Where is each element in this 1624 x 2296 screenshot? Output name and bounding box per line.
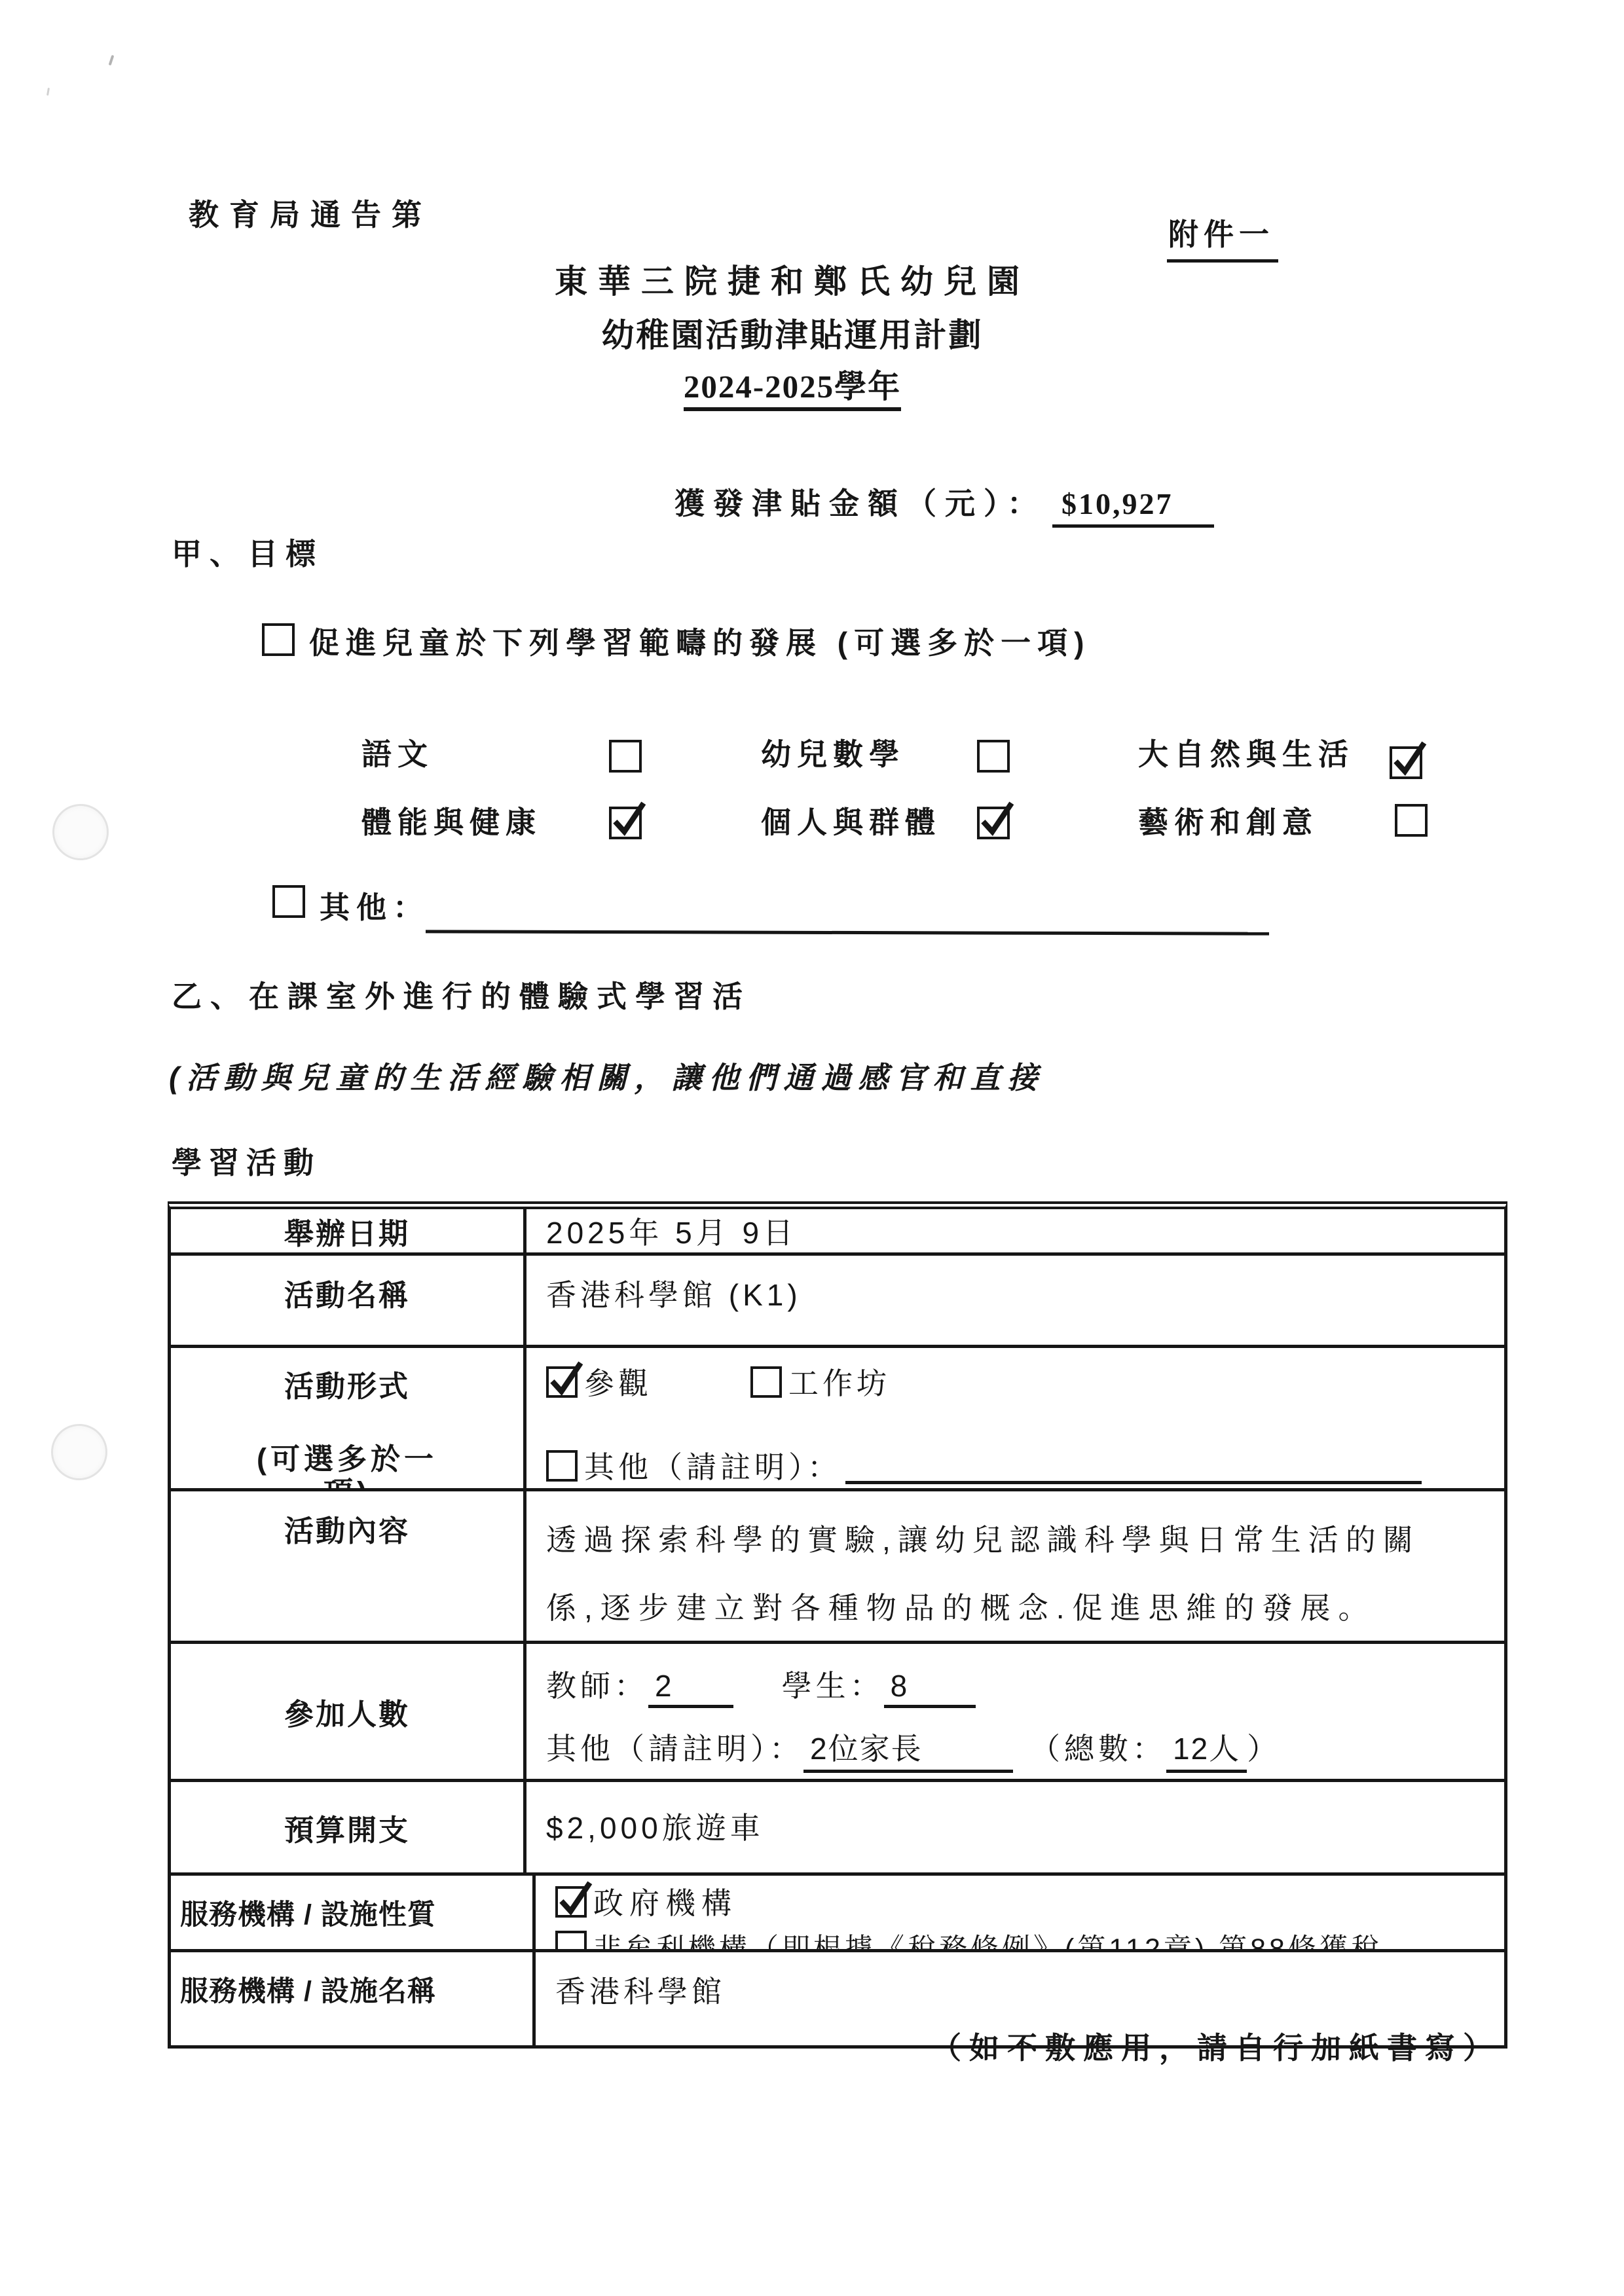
- school-year-suffix: 學年: [834, 369, 901, 405]
- total-prefix: （總數：: [1030, 1732, 1166, 1766]
- other-domain-label: 其他：: [320, 884, 430, 927]
- student-label: 學生：: [782, 1669, 884, 1703]
- format-label: 活動形式: [284, 1362, 410, 1405]
- date-value: 2025年 5月 9日: [546, 1209, 797, 1252]
- teacher-label: 教師：: [546, 1669, 648, 1703]
- table-row-org-type: 服務機構 / 設施性質 政府機構 非牟利機構（即根據《稅務條例》(第112章) …: [171, 1876, 1504, 1952]
- grant-amount-value: $10,927: [1052, 487, 1214, 528]
- budget-label: 預算開支: [284, 1806, 410, 1849]
- domain-label-personal: 個人與群體: [761, 799, 941, 842]
- circular-number-label: 教育局通告第: [189, 191, 432, 234]
- domain-label-arts: 藝術和創意: [1138, 799, 1318, 842]
- school-name-title: 東華三院捷和鄭氏幼兒園: [0, 255, 1585, 302]
- activity-table: 舉辦日期 2025年 5月 9日 活動名稱 香港科學館 (K1) 活動形式 (可…: [168, 1201, 1507, 2049]
- domain-checkbox-physical: [609, 807, 642, 839]
- scan-artifact: [109, 55, 115, 65]
- format-other-checkbox: [546, 1450, 578, 1482]
- table-row-date: 舉辦日期 2025年 5月 9日: [171, 1209, 1504, 1256]
- activity-name-label: 活動名稱: [284, 1271, 410, 1314]
- org-name-value: 香港科學館: [555, 1975, 726, 2009]
- org-type-label: 服務機構 / 設施性質: [180, 1893, 436, 1933]
- table-row-format: 活動形式 (可選多於一 項) 參觀工作坊 其他（請註明）：: [171, 1348, 1504, 1491]
- gov-checkbox: [555, 1886, 587, 1918]
- domain-label-language: 語文: [361, 731, 434, 774]
- section-b-note: (活動與兒童的生活經驗相關，讓他們通過感官和直接: [169, 1054, 1044, 1097]
- student-count: 8: [884, 1668, 976, 1708]
- org-name-label: 服務機構 / 設施名稱: [180, 1969, 436, 2009]
- domain-checkbox-language: [609, 740, 642, 773]
- domain-checkbox-nature: [1390, 746, 1422, 779]
- grant-amount-label: 獲發津貼金額（元）：: [674, 486, 1046, 520]
- table-row-budget: 預算開支 $2,000旅遊車: [171, 1782, 1504, 1876]
- total-suffix: ）: [1247, 1732, 1281, 1766]
- format-label-note-clipped: 項): [171, 1468, 523, 1488]
- date-label: 舉辦日期: [284, 1210, 410, 1252]
- ngo-label: 非牟利機構（即根據《稅務條例》(第112章) 第88條獲稅: [593, 1933, 1382, 1949]
- school-year-title: 2024-2025學年: [0, 361, 1585, 407]
- objective-text: 促進兒童於下列學習範疇的發展 (可選多於一項): [309, 619, 1090, 663]
- format-other-label: 其他（請註明）：: [584, 1450, 841, 1484]
- activity-name-value: 香港科學館 (K1): [546, 1278, 802, 1312]
- domain-checkbox-personal: [977, 807, 1010, 839]
- table-row-content: 活動內容 透過探索科學的實驗,讓幼兒認識科學與日常生活的關 係,逐步建立對各種物…: [171, 1491, 1504, 1644]
- section-b-note-line2: 學習活動: [172, 1139, 321, 1182]
- workshop-checkbox: [750, 1366, 782, 1398]
- format-other-blank: [845, 1455, 1422, 1484]
- visit-label: 參觀: [584, 1366, 652, 1400]
- teacher-count: 2: [648, 1668, 733, 1708]
- budget-value: $2,000旅遊車: [546, 1811, 764, 1845]
- domain-label-math: 幼兒數學: [761, 731, 905, 774]
- participants-other-value: 2位家長: [803, 1725, 1013, 1773]
- domain-label-nature: 大自然與生活: [1138, 731, 1354, 774]
- punch-hole: [51, 1424, 107, 1480]
- participants-other-label: 其他（請註明）：: [546, 1732, 803, 1766]
- domain-checkbox-arts: [1395, 804, 1428, 837]
- domain-label-physical: 體能與健康: [361, 799, 542, 842]
- grant-amount-row: 獲發津貼金額（元）：$10,927: [674, 480, 1214, 523]
- school-year-value: 2024-2025: [684, 369, 834, 405]
- participants-line1: 教師：2 學生：8: [546, 1662, 1504, 1708]
- other-domain-checkbox: [272, 885, 305, 918]
- section-a-heading: 甲、目標: [172, 530, 323, 574]
- gov-label: 政府機構: [593, 1886, 737, 1920]
- scan-artifact: [46, 88, 50, 96]
- punch-hole: [52, 804, 109, 860]
- content-label: 活動內容: [284, 1507, 410, 1550]
- scanned-form-page: 教育局通告第 附件一 東華三院捷和鄭氏幼兒園 幼稚園活動津貼運用計劃 2024-…: [0, 0, 1624, 2296]
- total-value: 12人: [1166, 1725, 1247, 1773]
- footer-note: （如不敷應用，請自行加紙書寫）: [0, 2024, 1501, 2068]
- table-row-name: 活動名稱 香港科學館 (K1): [171, 1256, 1504, 1348]
- plan-title: 幼稚園活動津貼運用計劃: [0, 309, 1585, 356]
- domain-checkbox-math: [977, 740, 1010, 773]
- participants-line2: 其他（請註明）：2位家長（總數：12人）: [546, 1725, 1504, 1773]
- content-line1: 透過探索科學的實驗,讓幼兒認識科學與日常生活的關: [546, 1506, 1494, 1574]
- objective-checkbox: [262, 623, 295, 656]
- other-domain-blank-line: [426, 930, 1269, 935]
- workshop-label: 工作坊: [788, 1366, 891, 1400]
- participants-label: 參加人數: [284, 1690, 410, 1733]
- section-b-heading: 乙、在課室外進行的體驗式學習活: [172, 973, 751, 1016]
- content-line2: 係,逐步建立對各種物品的概念.促進思維的發展。: [546, 1574, 1494, 1641]
- table-row-participants: 參加人數 教師：2 學生：8 其他（請註明）：2位家長（總數：12人）: [171, 1644, 1504, 1782]
- visit-checkbox: [546, 1366, 578, 1398]
- ngo-checkbox: [555, 1931, 587, 1949]
